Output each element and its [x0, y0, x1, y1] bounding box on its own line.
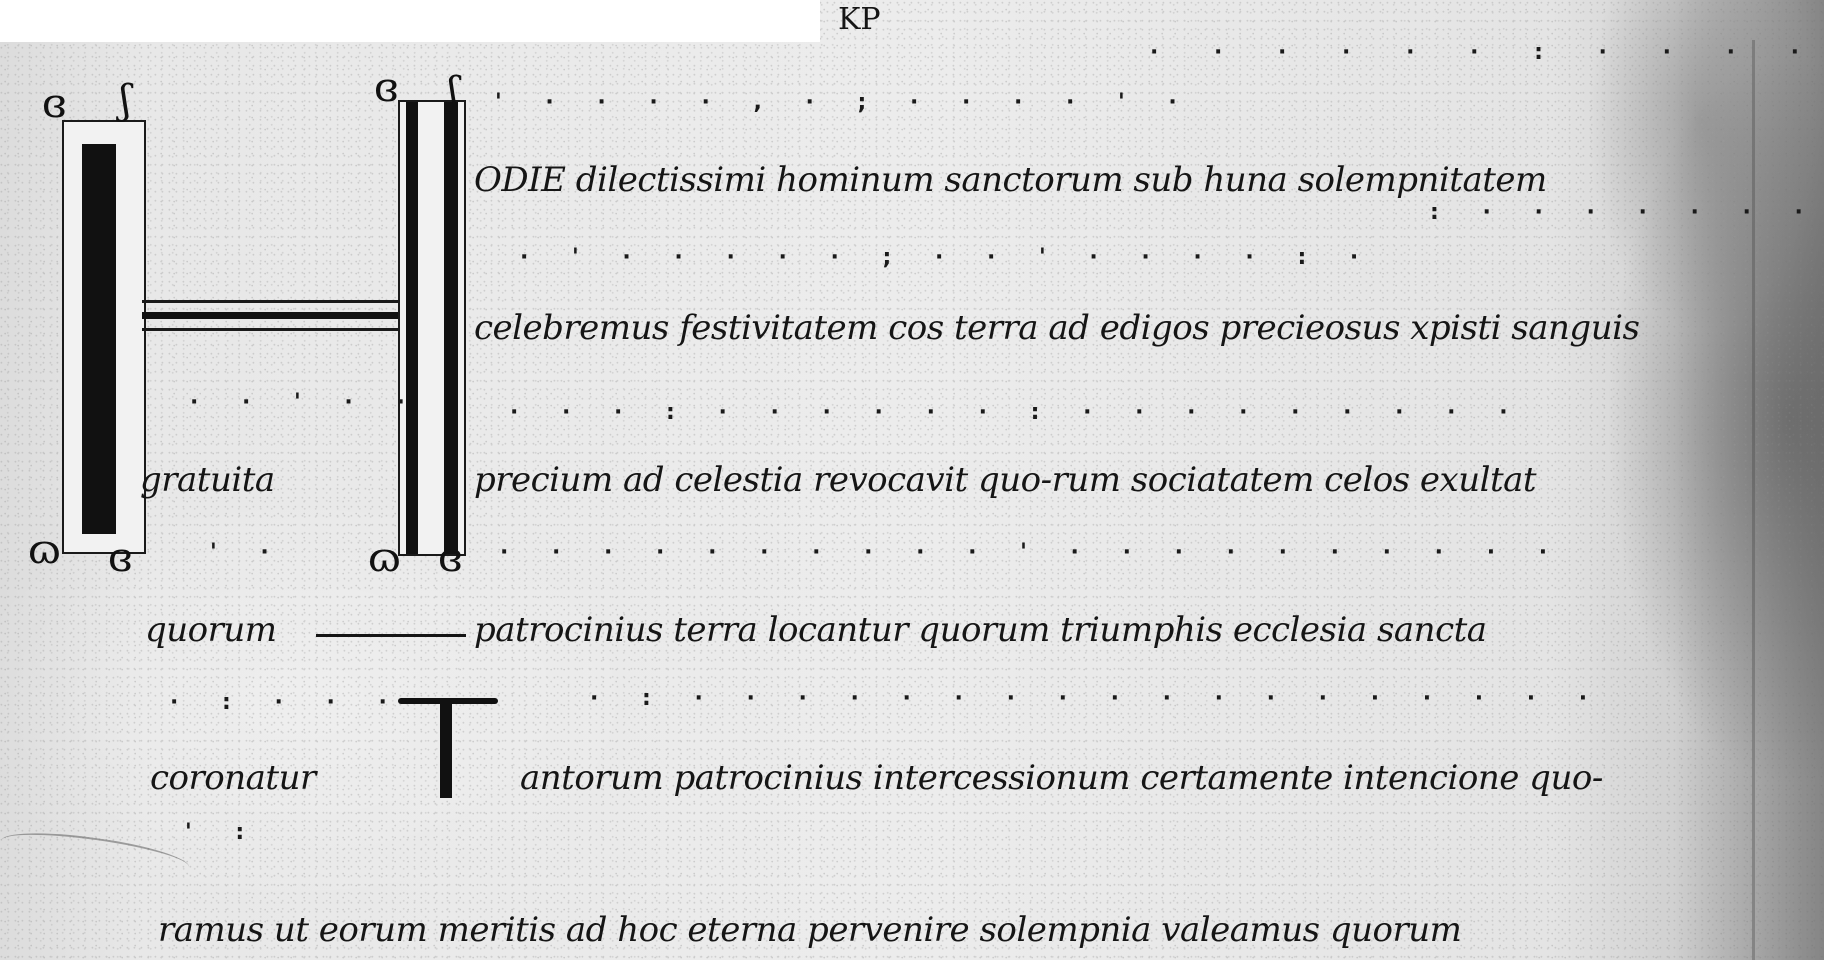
initial-t	[398, 690, 508, 810]
neume-row: : · · · · · · · · · · · · ·	[1430, 200, 1824, 225]
flourish-icon: ɞ	[42, 84, 67, 124]
flourish-icon: ʃ	[120, 80, 131, 120]
neume-row: · · · · · · : · · · · ' ·	[1150, 40, 1824, 65]
initial-h: ɞ ʃ ɞ ʃ ɷ ɞ ɷ ɞ	[28, 80, 488, 580]
h-right-stem-edge	[406, 102, 418, 554]
neume-row: ' :	[185, 820, 262, 845]
manuscript-page: KP ɞ ʃ ɞ ʃ ɷ ɞ ɷ ɞ ' · · · · , · ; · · ·…	[0, 0, 1824, 960]
blank-scan-area	[0, 0, 820, 42]
flourish-icon: ɷ	[28, 530, 61, 570]
neume-row: · : · · · · · · · · · · · · · · · · · ·	[590, 686, 1605, 711]
text-line-3: precium ad celestia revocavit quo-rum so…	[474, 460, 1536, 500]
h-left-stem-fill	[82, 144, 116, 534]
neume-row: · : · · ·	[170, 690, 405, 715]
flourish-icon: ɷ	[368, 538, 401, 578]
line-filler-stroke	[316, 634, 466, 637]
h-right-stem-edge-2	[444, 102, 458, 554]
text-line-3-left: gratuita	[140, 460, 275, 500]
text-line-4: patrocinius terra locantur quorum triump…	[474, 610, 1487, 650]
t-stem	[440, 698, 452, 798]
h-crossbar-middle	[142, 312, 398, 319]
neume-row: ' ·	[210, 540, 287, 565]
flourish-icon: ɞ	[108, 538, 133, 578]
flourish-icon: ɞ	[438, 538, 463, 578]
page-edge-shadow	[1674, 0, 1824, 960]
neume-row: · · · : · · · · · · : · · · · · · · · ·	[510, 400, 1526, 425]
neume-row: · · · · · · · · · · ' · · · · · · · · · …	[500, 540, 1565, 565]
text-line-1: ODIE dilectissimi hominum sanctorum sub …	[474, 160, 1547, 200]
neume-row: ' · · · · , · ; · · · · ' ·	[495, 90, 1195, 115]
ruling-line	[1752, 40, 1755, 960]
flourish-icon: ɞ	[374, 68, 399, 108]
flourish-icon: ʃ	[448, 72, 459, 112]
h-right-stem	[398, 100, 466, 556]
text-line-5: antorum patrocinius intercessionum certa…	[520, 758, 1603, 798]
h-crossbar-top	[142, 300, 398, 303]
neume-row: · · ' · ·	[190, 390, 423, 415]
marginal-mark: KP	[838, 2, 881, 37]
text-line-6: ramus ut eorum meritis ad hoc eterna per…	[158, 910, 1461, 950]
text-line-2: celebremus festivitatem cos terra ad edi…	[474, 308, 1639, 348]
h-crossbar-bottom	[142, 328, 398, 331]
h-left-stem	[62, 120, 146, 554]
text-line-4-left: quorum	[145, 610, 277, 650]
text-line-5-left: coronatur	[150, 758, 316, 798]
neume-row: · ' · · · · · ; · · ' · · · · : ·	[520, 245, 1376, 270]
